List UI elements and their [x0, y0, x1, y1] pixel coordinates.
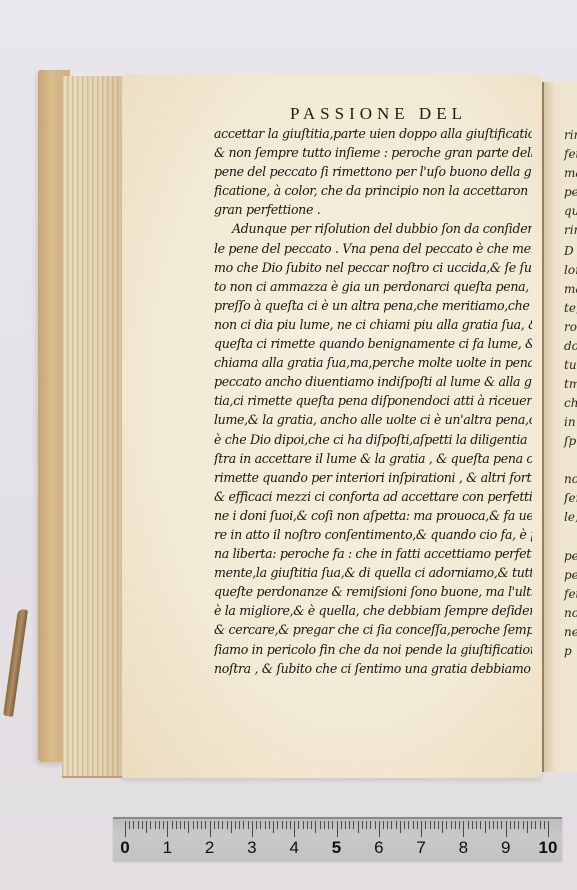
ruler-tick: [142, 821, 143, 829]
ruler-tick: [375, 821, 376, 829]
facing-page-text-fragment: pe: [564, 568, 577, 582]
facing-page-text-fragment: per: [564, 185, 577, 199]
text-line: è che Dio dipoi,che ci ha diſpoſti,aſpet…: [214, 430, 532, 449]
ruler-tick: [379, 821, 380, 837]
ruler-label: 9: [501, 838, 510, 858]
ruler-tick: [315, 821, 316, 833]
ruler-tick: [159, 821, 160, 829]
ruler-tick: [400, 821, 401, 833]
ruler-tick: [324, 821, 325, 829]
ruler-label: 6: [374, 838, 383, 858]
text-line: tia,ci rimette queſta pena diſponendoci …: [214, 391, 532, 410]
facing-page-text-fragment: le,: [564, 510, 577, 524]
ruler-tick: [320, 821, 321, 829]
ruler-tick: [408, 821, 409, 829]
text-line: to non ci ammazza è gia un perdonarci qu…: [214, 277, 532, 296]
text-line: mo che Dio ſubito nel peccar noſtro ci u…: [214, 258, 532, 277]
text-line: & efficaci mezzi ci conforta ad accettar…: [214, 487, 532, 506]
text-line: ſtra in accettare il lume & la gratia , …: [214, 449, 532, 468]
ruler-tick: [468, 821, 469, 829]
facing-page-text-fragment: mar: [564, 166, 577, 180]
ruler-tick: [332, 821, 333, 829]
text-line: & cercare,& pregar che ci ſia conceſſa,p…: [214, 620, 532, 639]
ruler-tick: [269, 821, 270, 829]
ruler-label: 8: [459, 838, 468, 858]
ruler-tick: [188, 821, 189, 833]
text-line: peccato ancho diuentiamo indiſpoſti al l…: [214, 372, 532, 391]
ruler-tick: [298, 821, 299, 829]
ruler-tick: [277, 821, 278, 829]
ruler-label: 10: [539, 838, 558, 858]
text-line: preſſo à queſta ci è un altra pena,che m…: [214, 296, 532, 315]
ruler-tick: [510, 821, 511, 829]
ruler-tick: [358, 821, 359, 833]
ruler-tick: [210, 821, 211, 837]
facing-page-text-fragment: rimo: [564, 223, 577, 237]
bookmark-ribbon: [3, 609, 28, 717]
facing-page-text-fragment: fet: [564, 587, 577, 601]
facing-page-text-fragment: ro: [564, 320, 577, 334]
ruler-tick: [540, 821, 541, 829]
facing-page-text-fragment: tut: [564, 358, 577, 372]
text-line: queſta ci rimette quando benignamente ci…: [214, 334, 532, 353]
facing-page-text-fragment: D: [564, 244, 574, 258]
ruler-tick: [497, 821, 498, 829]
text-line: lume,& la gratia, ancho alle uolte ci è …: [214, 410, 532, 429]
ruler-tick: [493, 821, 494, 829]
ruler-tick: [252, 821, 253, 837]
ruler-tick: [328, 821, 329, 829]
ruler-tick: [125, 821, 126, 837]
ruler-ticks: [113, 819, 562, 839]
ruler-tick: [463, 821, 464, 837]
ruler-tick: [544, 821, 545, 829]
text-line: ſiamo in pericolo fin che da noi pende l…: [214, 640, 532, 659]
ruler-tick: [455, 821, 456, 829]
book-photograph: ringfettmarperquārimoDlormate,òrodotuttm…: [0, 0, 577, 890]
ruler-tick: [387, 821, 388, 829]
ruler-tick: [501, 821, 502, 829]
text-line: ficatione, à color, che da principio non…: [214, 181, 532, 200]
facing-page-text-fragment: nor: [564, 472, 577, 486]
ruler-tick: [442, 821, 443, 833]
ruler-tick: [430, 821, 431, 829]
text-line: gran perfettione .: [214, 200, 532, 219]
ruler-tick: [531, 821, 532, 829]
ruler-tick: [311, 821, 312, 829]
ruler-tick: [485, 821, 486, 833]
running-head: PASSIONE DEL: [290, 104, 467, 124]
text-line: na liberta: peroche fa : che in fatti ac…: [214, 544, 532, 563]
ruler-label: 2: [205, 838, 214, 858]
ruler-tick: [535, 821, 536, 829]
facing-page-text-fragment: ſer: [564, 491, 577, 505]
ruler-tick: [548, 821, 549, 837]
ruler-tick: [413, 821, 414, 829]
text-line: rimette quando per interiori inſpiration…: [214, 468, 532, 487]
facing-page: ringfettmarperquārimoDlormate,òrodotuttm…: [542, 82, 577, 772]
facing-page-text-fragment: ma: [564, 282, 577, 296]
text-line: chiama alla gratia ſua,ma,perche molte u…: [214, 353, 532, 372]
ruler-tick: [273, 821, 274, 833]
ruler-tick: [193, 821, 194, 829]
ruler-label: 3: [247, 838, 256, 858]
ruler-tick: [518, 821, 519, 829]
ruler-tick: [425, 821, 426, 829]
ruler-tick: [438, 821, 439, 829]
ruler-label: 1: [163, 838, 172, 858]
facing-page-text-fragment: te,ò: [564, 301, 577, 315]
facing-page-text-fragment: p: [564, 644, 572, 658]
facing-page-text-fragment: ch: [564, 396, 577, 410]
text-line: queſte perdonanze & remiſsioni ſono buon…: [214, 582, 532, 601]
ruler-tick: [256, 821, 257, 829]
ruler-tick: [201, 821, 202, 829]
ruler-tick: [383, 821, 384, 829]
page-fore-edge: [62, 76, 124, 778]
ruler-tick: [417, 821, 418, 829]
ruler-tick: [205, 821, 206, 829]
ruler-tick: [231, 821, 232, 833]
ruler-tick: [243, 821, 244, 829]
text-line: noſtra , & ſubito che ci ſentimo una gra…: [214, 659, 532, 678]
ruler-tick: [138, 821, 139, 829]
ruler-tick: [349, 821, 350, 829]
ruler-tick: [366, 821, 367, 829]
ruler-tick: [129, 821, 130, 829]
ruler-tick: [260, 821, 261, 829]
facing-page-text-fragment: in: [564, 415, 576, 429]
ruler-tick: [307, 821, 308, 829]
text-line: ne i doni ſuoi,& coſi non aſpetta: ma pr…: [214, 506, 532, 525]
ruler-tick: [197, 821, 198, 829]
ruler-tick: [176, 821, 177, 829]
facing-page-text-fragment: do: [564, 339, 577, 353]
ruler-label: 4: [289, 838, 298, 858]
ruler-tick: [480, 821, 481, 829]
ruler-tick: [218, 821, 219, 829]
ruler-tick: [163, 821, 164, 829]
ruler-tick: [227, 821, 228, 829]
facing-page-text-fragment: pe: [564, 549, 577, 563]
ruler-tick: [172, 821, 173, 829]
ruler-tick: [506, 821, 507, 837]
ruler-tick: [155, 821, 156, 829]
ruler-tick: [404, 821, 405, 829]
text-line: Adunque per riſolution del dubbio ſon da…: [214, 219, 532, 238]
text-line: le pene del peccato . Vna pena del pecca…: [214, 239, 532, 258]
ruler-label: 0: [120, 838, 129, 858]
ruler-tick: [248, 821, 249, 829]
ruler-tick: [514, 821, 515, 829]
ruler-tick: [421, 821, 422, 837]
ruler-tick: [214, 821, 215, 829]
ruler-tick: [345, 821, 346, 829]
ruler-tick: [391, 821, 392, 829]
ruler-tick: [472, 821, 473, 829]
ruler-tick: [290, 821, 291, 829]
text-line: è la migliore,& è quella, che debbiam ſe…: [214, 601, 532, 620]
ruler-tick: [341, 821, 342, 829]
ruler-tick: [167, 821, 168, 837]
ruler-tick: [184, 821, 185, 829]
ruler-tick: [239, 821, 240, 829]
facing-page-text-fragment: ſpr: [564, 434, 577, 448]
ruler-tick: [337, 821, 338, 837]
facing-page-text-fragment: no: [564, 606, 577, 620]
text-line: accettar la giuſtitia,parte uien doppo a…: [214, 124, 532, 143]
ruler-tick: [133, 821, 134, 829]
ruler-tick: [446, 821, 447, 829]
ruler-tick: [523, 821, 524, 829]
facing-page-text-fragment: ring: [564, 128, 577, 142]
ruler-tick: [303, 821, 304, 829]
ruler-tick: [527, 821, 528, 833]
ruler-tick: [362, 821, 363, 829]
ruler-tick: [370, 821, 371, 829]
facing-page-text-fragment: tm: [564, 377, 577, 391]
text-line: re in atto il noſtro conſentimento,& qua…: [214, 525, 532, 544]
ruler-tick: [396, 821, 397, 829]
facing-page-text-fragment: quā: [564, 204, 577, 218]
ruler-tick: [476, 821, 477, 829]
ruler-tick: [286, 821, 287, 829]
ruler-label: 5: [332, 838, 341, 858]
ruler-tick: [150, 821, 151, 829]
facing-page-text-fragment: ne: [564, 625, 577, 639]
ruler-tick: [265, 821, 266, 829]
text-line: pene del peccato ſi rimettono per l'uſo …: [214, 162, 532, 181]
ruler-tick: [235, 821, 236, 829]
facing-page-text-fragment: lor: [564, 263, 577, 277]
text-line: mente,la giuſtitia ſua,& di quella ci ad…: [214, 563, 532, 582]
measurement-ruler: 012345678910: [113, 817, 562, 861]
ruler-tick: [146, 821, 147, 833]
ruler-tick: [222, 821, 223, 829]
text-line: non ci dia piu lume, ne ci chiami piu al…: [214, 315, 532, 334]
ruler-tick: [459, 821, 460, 829]
ruler-tick: [180, 821, 181, 829]
ruler-tick: [489, 821, 490, 829]
ruler-tick: [434, 821, 435, 829]
ruler-tick: [294, 821, 295, 837]
text-line: & non ſempre tutto inſieme : peroche gra…: [214, 143, 532, 162]
ruler-tick: [282, 821, 283, 829]
page-text-block: accettar la giuſtitia,parte uien doppo a…: [214, 124, 532, 678]
ruler-tick: [353, 821, 354, 829]
ruler-label: 7: [416, 838, 425, 858]
facing-page-text-fragment: fett: [564, 147, 577, 161]
ruler-tick: [451, 821, 452, 829]
